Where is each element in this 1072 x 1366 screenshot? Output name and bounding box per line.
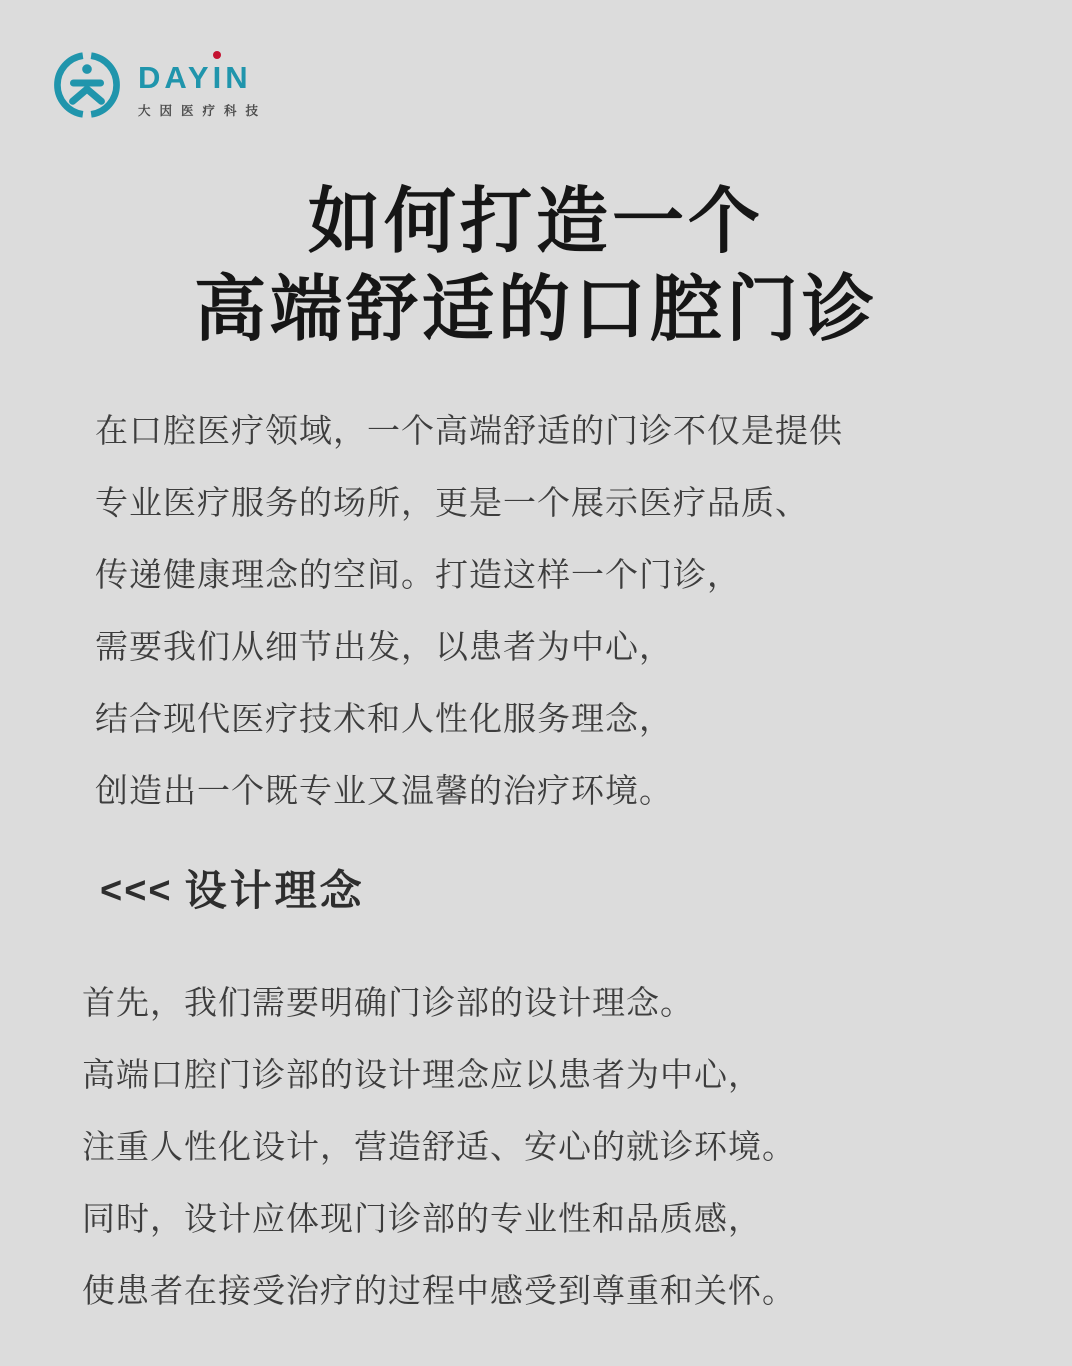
intro-paragraph: 在口腔医疗领域，一个高端舒适的门诊不仅是提供 专业医疗服务的场所，更是一个展示医… [95, 395, 843, 827]
body-paragraph: 首先，我们需要明确门诊部的设计理念。 高端口腔门诊部的设计理念应以患者为中心， … [82, 967, 796, 1327]
intro-line: 在口腔医疗领域，一个高端舒适的门诊不仅是提供 [95, 395, 843, 467]
brand-name: DAYIN [138, 62, 267, 93]
intro-line: 传递健康理念的空间。打造这样一个门诊， [95, 539, 843, 611]
title-line-1: 如何打造一个 [0, 178, 1072, 266]
brand-tagline: 大因医疗科技 [138, 101, 267, 119]
body-line: 首先，我们需要明确门诊部的设计理念。 [82, 967, 796, 1039]
intro-line: 需要我们从细节出发，以患者为中心， [95, 611, 843, 683]
brand-header: DAYIN 大因医疗科技 [50, 48, 267, 122]
section-title: 设计理念 [185, 869, 365, 915]
brand-name-letter-i: I [213, 62, 226, 93]
brand-name-part1: DAY [138, 60, 213, 95]
brand-i-red-dot-icon [213, 51, 221, 59]
title-line-2: 高端舒适的口腔门诊 [0, 266, 1072, 354]
article-title: 如何打造一个 高端舒适的口腔门诊 [0, 178, 1072, 354]
brand-text-block: DAYIN 大因医疗科技 [138, 62, 267, 119]
body-line: 高端口腔门诊部的设计理念应以患者为中心， [82, 1039, 796, 1111]
article-page: DAYIN 大因医疗科技 如何打造一个 高端舒适的口腔门诊 在口腔医疗领域，一个… [0, 0, 1072, 1366]
body-line: 注重人性化设计，营造舒适、安心的就诊环境。 [82, 1111, 796, 1183]
dayin-person-in-ring-icon [50, 48, 124, 122]
section-header-design-concept: <<<设计理念 [100, 866, 365, 917]
brand-name-part2: N [225, 60, 251, 95]
intro-line: 结合现代医疗技术和人性化服务理念， [95, 683, 843, 755]
body-line: 同时，设计应体现门诊部的专业性和品质感， [82, 1183, 796, 1255]
brand-name-letter-i-glyph: I [213, 60, 226, 95]
intro-line: 创造出一个既专业又温馨的治疗环境。 [95, 755, 843, 827]
body-line: 使患者在接受治疗的过程中感受到尊重和关怀。 [82, 1255, 796, 1327]
section-marker-chevrons: <<< [100, 870, 173, 912]
intro-line: 专业医疗服务的场所，更是一个展示医疗品质、 [95, 467, 843, 539]
